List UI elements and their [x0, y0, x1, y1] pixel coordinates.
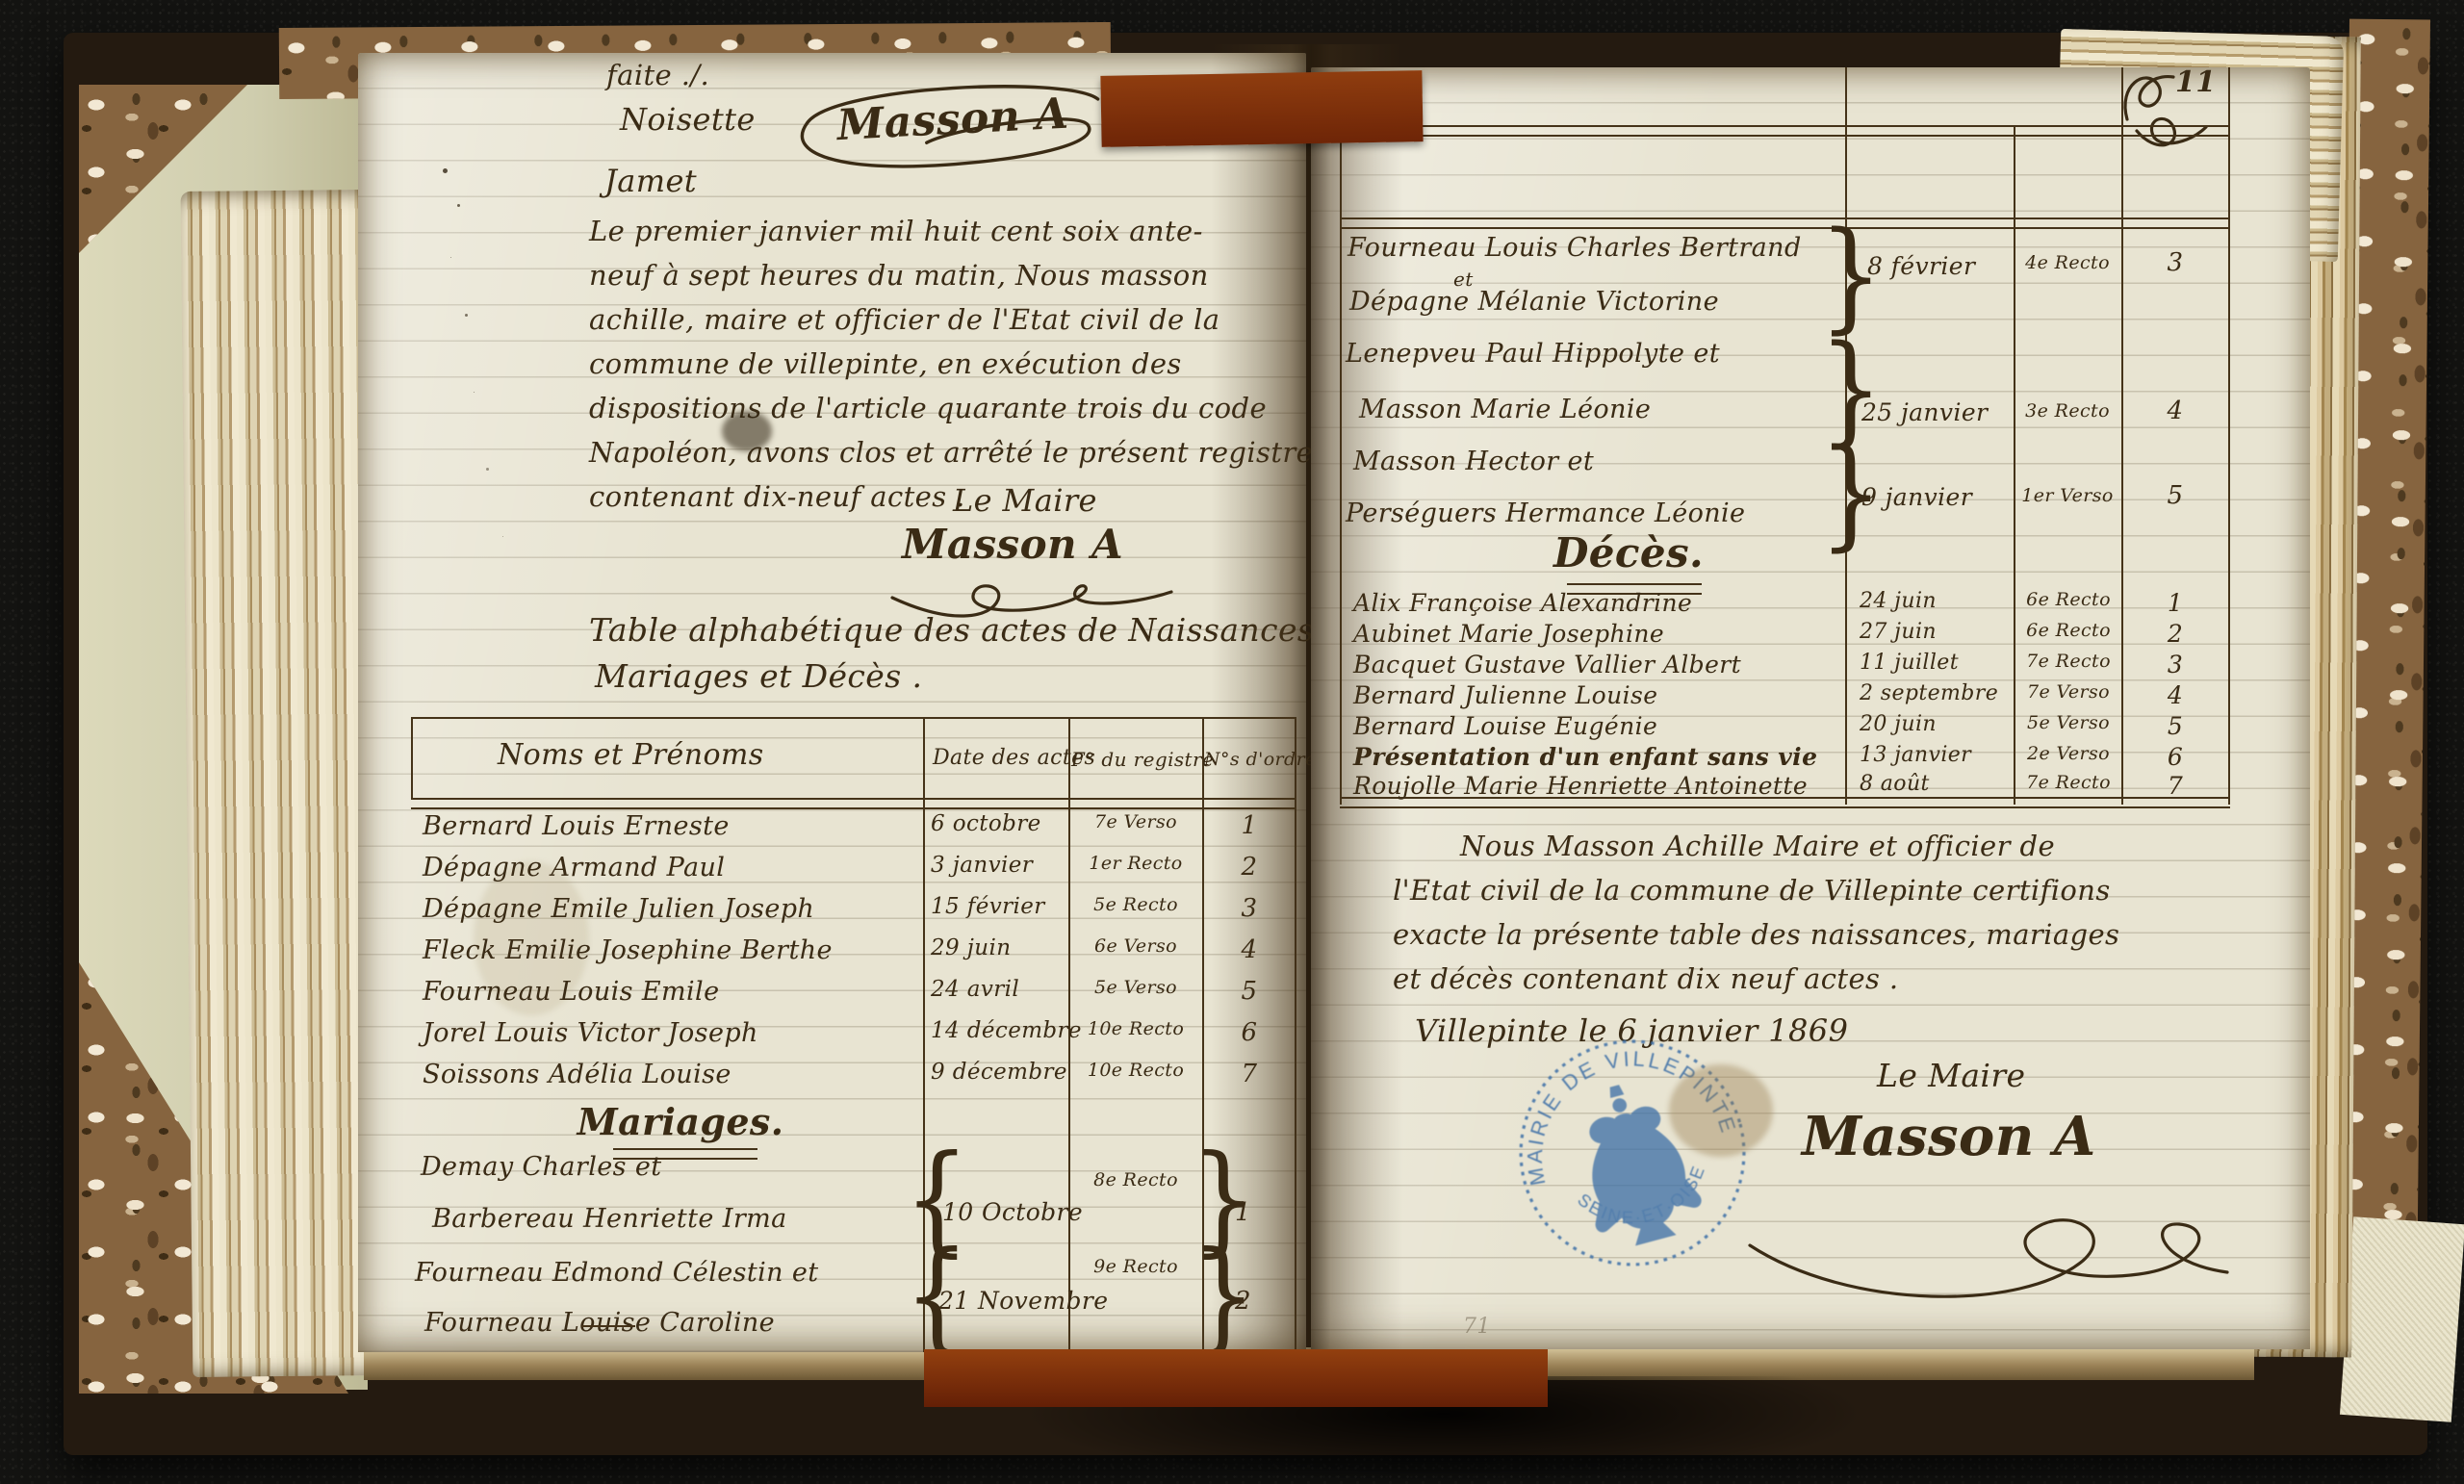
table-title-line1: Table alphabétique des actes de Naissanc…: [589, 611, 1324, 649]
death-name: Aubinet Marie Josephine: [1353, 620, 1835, 648]
closing-line: commune de villepinte, en exécution des: [589, 347, 1306, 392]
death-folio: 6e Recto: [2021, 589, 2116, 610]
death-number: 5: [2129, 712, 2221, 740]
birth-date: 15 février: [931, 894, 1064, 919]
death-folio: 7e Recto: [2021, 772, 2116, 793]
registry-book-scan: faite ./. Noisette Jamet Masson A Le pre…: [0, 0, 2464, 1484]
col-header-number: N°s d'ordre: [1204, 749, 1293, 770]
annotation-jamet: Jamet: [604, 163, 697, 199]
marriage-bride: Perséguers Hermance Léonie: [1346, 499, 1745, 528]
birth-name: Bernard Louis Erneste: [423, 811, 909, 841]
marriage-number: 3: [2129, 248, 2221, 277]
death-name: Bernard Julienne Louise: [1353, 681, 1835, 709]
annotation-noisette: Noisette: [620, 101, 756, 138]
marriage-date: 21 Novembre: [938, 1287, 1108, 1315]
marriage-bride: Barbereau Henriette Irma: [432, 1204, 787, 1234]
left-page: faite ./. Noisette Jamet Masson A Le pre…: [358, 53, 1306, 1352]
birth-name: Fleck Emilie Josephine Berthe: [423, 935, 909, 965]
pen-dash: [581, 1325, 635, 1327]
birth-folio: 10e Recto: [1075, 1060, 1196, 1081]
birth-folio: 5e Recto: [1075, 894, 1196, 915]
mayor-signature-flourish: [1734, 1182, 2254, 1317]
marriage-number: 1: [1235, 1198, 1251, 1227]
birth-number: 7: [1208, 1060, 1291, 1088]
certification-line: et décès contenant dix neuf actes .: [1393, 962, 2259, 1007]
col-header-folio: F° du registre: [1071, 748, 1196, 771]
closing-line: neuf à sept heures du matin, Nous masson: [589, 259, 1306, 303]
birth-number: 6: [1208, 1018, 1291, 1047]
marriage-date: 9 janvier: [1861, 483, 1972, 511]
birth-date: 29 juin: [931, 935, 1064, 960]
le-maire-label: Le Maire: [1877, 1057, 2025, 1094]
marriage-folio: 3e Recto: [2017, 400, 2117, 422]
birth-name: Soissons Adélia Louise: [423, 1060, 909, 1089]
death-name: Bacquet Gustave Vallier Albert: [1353, 651, 1835, 678]
marriage-bride: Masson Marie Léonie: [1359, 395, 1651, 424]
marriage-number: 4: [2129, 397, 2221, 425]
birth-name: Fourneau Louis Emile: [423, 977, 909, 1007]
marriage-groom: Masson Hector et: [1353, 447, 1594, 476]
birth-name: Dépagne Emile Julien Joseph: [423, 894, 909, 924]
birth-number: 2: [1208, 853, 1291, 882]
deces-heading: Décès.: [1503, 529, 1754, 576]
death-date: 20 juin: [1860, 712, 2006, 736]
index-table-right: Fourneau Louis Charles Bertrand et Dépag…: [1340, 125, 2230, 805]
death-date: 11 juillet: [1860, 651, 2006, 675]
marriage-folio: 9e Recto: [1075, 1256, 1196, 1277]
birth-folio: 7e Verso: [1075, 811, 1196, 832]
death-folio: 6e Recto: [2021, 620, 2116, 641]
marriage-number: 5: [2129, 481, 2221, 510]
marriage-bride: Fourneau Louise Caroline: [424, 1308, 775, 1338]
birth-folio: 10e Recto: [1075, 1018, 1196, 1039]
certification-line: l'Etat civil de la commune de Villepinte…: [1393, 874, 2259, 918]
closing-line: contenant dix-neuf actes .: [589, 480, 1306, 525]
marriage-folio: 4e Recto: [2017, 252, 2117, 273]
death-date: 24 juin: [1860, 589, 2006, 613]
death-name: Présentation d'un enfant sans vie: [1353, 743, 1835, 771]
birth-number: 5: [1208, 977, 1291, 1006]
death-number: 4: [2129, 681, 2221, 709]
marriage-groom: Demay Charles et: [421, 1152, 662, 1182]
death-number: 2: [2129, 620, 2221, 648]
death-date: 27 juin: [1860, 620, 2006, 644]
death-folio: 7e Recto: [2021, 651, 2116, 672]
ink-splatter: [443, 168, 448, 173]
death-number: 3: [2129, 651, 2221, 678]
marriage-bride: Dépagne Mélanie Victorine: [1349, 287, 1719, 317]
birth-number: 1: [1208, 811, 1291, 840]
birth-number: 3: [1208, 894, 1291, 923]
death-name: Bernard Louise Eugénie: [1353, 712, 1835, 740]
closing-line: dispositions de l'article quarante trois…: [589, 392, 1306, 436]
death-folio: 7e Verso: [2021, 681, 2116, 703]
birth-date: 9 décembre: [931, 1060, 1064, 1085]
col-header-date: Date des actes: [933, 746, 1065, 770]
marriage-number: 2: [1235, 1287, 1251, 1316]
mayor-signature-name: Masson A: [1802, 1105, 2096, 1168]
marriage-groom: Fourneau Louis Charles Bertrand: [1347, 233, 1802, 263]
endpaper-bottom-right: [2340, 1216, 2464, 1422]
closing-signature: Masson A: [902, 521, 1123, 568]
death-folio: 2e Verso: [2021, 743, 2116, 764]
mariages-heading: Mariages.: [555, 1100, 806, 1143]
le-maire-label: Le Maire: [953, 482, 1097, 519]
page-number: 11: [2175, 65, 2217, 99]
death-name: Alix Françoise Alexandrine: [1353, 589, 1835, 617]
index-table-left: Noms et Prénoms Date des actes F° du reg…: [411, 717, 1296, 1352]
spine-leather-top: [1100, 70, 1423, 147]
death-name: Roujolle Marie Henriette Antoinette: [1353, 772, 1835, 800]
page-edges-left-stack: [181, 190, 378, 1377]
certification-line: exacte la présente table des naissances,…: [1393, 918, 2259, 962]
closing-line: achille, maire et officier de l'Etat civ…: [589, 303, 1306, 347]
death-date: 2 septembre: [1860, 681, 2006, 705]
birth-name: Jorel Louis Victor Joseph: [423, 1018, 909, 1048]
mayor-signature: Masson A: [1734, 1099, 2273, 1330]
right-page: 11 Fourneau Louis Charles Bertrand et Dé…: [1311, 67, 2310, 1349]
table-title-line2: Mariages et Décès .: [595, 657, 922, 695]
bleedthrough-mark: 71: [1463, 1315, 1491, 1339]
birth-date: 6 octobre: [931, 811, 1064, 836]
birth-date: 3 janvier: [931, 853, 1064, 878]
marriage-groom: Fourneau Edmond Célestin et: [415, 1258, 819, 1288]
death-folio: 5e Verso: [2021, 712, 2116, 733]
death-date: 8 août: [1860, 772, 2006, 796]
marriage-folio: 8e Recto: [1075, 1169, 1196, 1190]
closing-line: Le premier janvier mil huit cent soix an…: [589, 215, 1306, 259]
marriage-date: 8 février: [1867, 252, 1975, 280]
closing-line: Napoléon, avons clos et arrêté le présen…: [589, 436, 1306, 480]
top-signature: Masson A: [780, 69, 1121, 187]
death-number: 1: [2129, 589, 2221, 617]
ink-stain: [722, 411, 772, 451]
birth-folio: 1er Recto: [1075, 853, 1196, 874]
certification-paragraph: Nous Masson Achille Maire et officier de…: [1393, 830, 2259, 1007]
birth-date: 14 décembre: [931, 1018, 1064, 1043]
col-header-names: Noms et Prénoms: [498, 738, 764, 772]
marriage-date: 10 Octobre: [942, 1198, 1083, 1226]
annotation-faite: faite ./.: [606, 59, 709, 91]
spine-leather-bottom: [924, 1349, 1548, 1407]
marriage-folio: 1er Verso: [2017, 485, 2117, 506]
death-number: 6: [2129, 743, 2221, 771]
birth-folio: 5e Verso: [1075, 977, 1196, 998]
birth-name: Dépagne Armand Paul: [423, 853, 909, 883]
birth-number: 4: [1208, 935, 1291, 964]
closing-paragraph: Le premier janvier mil huit cent soix an…: [589, 215, 1306, 525]
birth-date: 24 avril: [931, 977, 1064, 1002]
certification-line: Nous Masson Achille Maire et officier de: [1393, 830, 2259, 874]
marriage-groom: Lenepveu Paul Hippolyte et: [1346, 339, 1720, 369]
death-date: 13 janvier: [1860, 743, 2006, 767]
birth-folio: 6e Verso: [1075, 935, 1196, 957]
death-number: 7: [2129, 772, 2221, 800]
